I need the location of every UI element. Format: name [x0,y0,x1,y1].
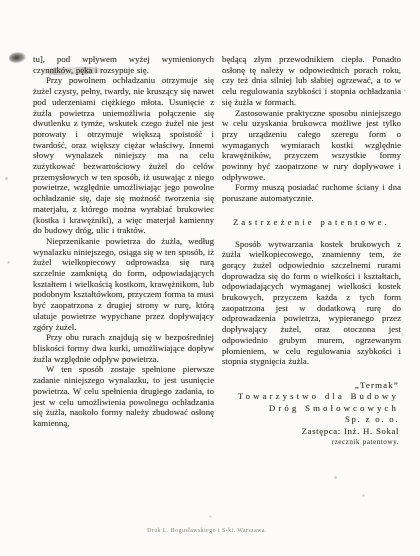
paragraph-continuation: będącą złym przewodnikiem ciepła. Ponadt… [222,54,401,108]
representative-name: Zastępca: Inż. H. Sokal [222,426,399,437]
claim-paragraph: Sposób wytwarzania kostek brukowych z żu… [222,239,401,367]
claims-heading: Zastrzeżenie patentowe. [222,217,401,228]
paragraph: W ten sposób zostaje spełnione pierwsze … [33,364,214,428]
company-name-line-2: Dróg Smołowcowych [222,403,399,414]
paragraph: Zastosowanie praktyczne sposobu niniejsz… [222,108,401,183]
paragraph: Formy muszą posiadać ruchome ściany i dn… [222,182,401,203]
paragraph: Nieprzenikanie powietrza do żużla, wedłu… [33,236,214,332]
company-trade-name: „Termak” [222,380,399,391]
printer-imprint: Druk L. Bogusławskiego i S-ki. Warszawa. [0,528,414,534]
scanned-page: tu], pod wpływem wyżej wymienionych czyn… [0,0,420,556]
scan-specks [0,0,1,1]
representative-title: rzecznik patentowy. [222,437,399,448]
text-block: tu], pod wpływem wyżej wymienionych czyn… [33,54,401,448]
paragraph-continuation: tu], pod wpływem wyżej wymienionych czyn… [33,54,214,75]
company-legal-form: Sp. z o. o. [222,414,399,425]
paragraph: Przy obu rurach znajdują się w bezpośred… [33,332,214,364]
company-name-line-1: Towarzystwo dla Budowy [222,391,399,402]
left-column: tu], pod wpływem wyżej wymienionych czyn… [33,54,214,448]
ink-smudge [8,51,26,64]
signature-block: „Termak” Towarzystwo dla Budowy Dróg Smo… [222,380,401,448]
paragraph: Przy powolnem ochładzaniu otrzymuje się … [33,75,214,236]
right-column: będącą złym przewodnikiem ciepła. Ponadt… [222,54,401,448]
